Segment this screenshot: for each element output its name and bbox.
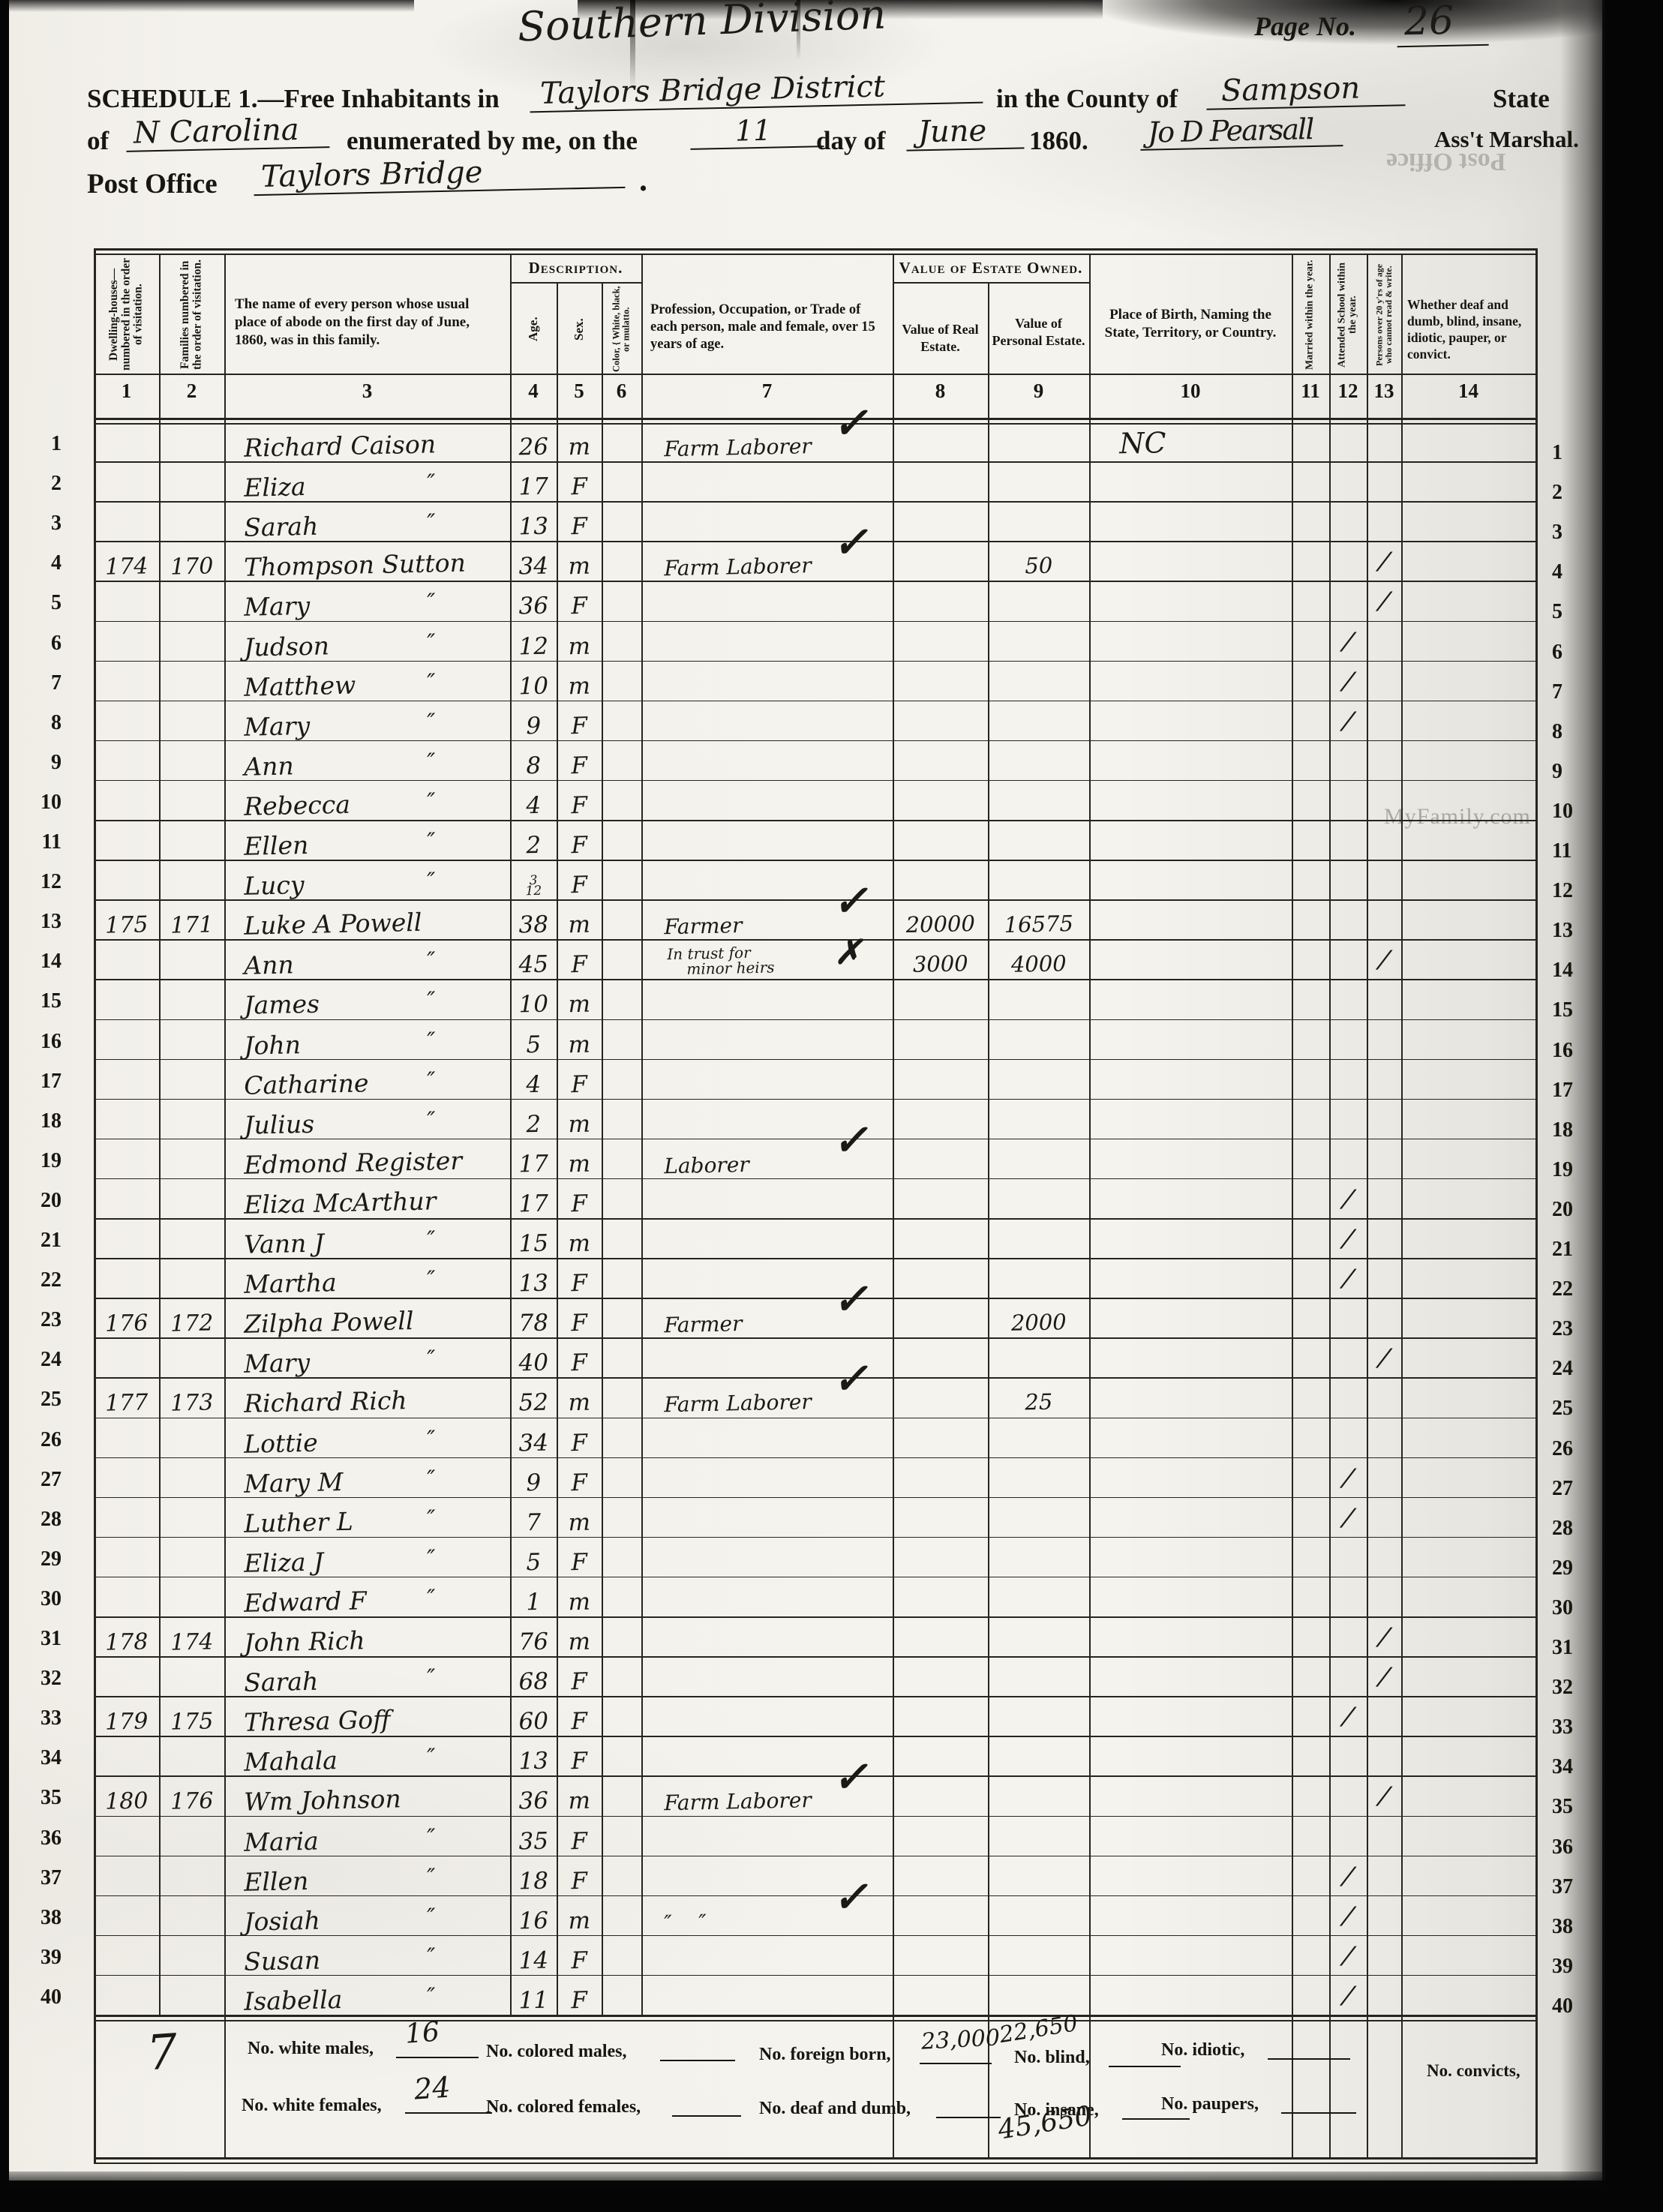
right-margin-row-number: 40 — [1552, 1994, 1604, 2018]
left-margin-row-number: 37 — [14, 1866, 62, 1890]
cell-family-number: 172 — [158, 1294, 224, 1335]
cell-age: 14 — [509, 1931, 557, 1972]
cell-sex: F — [556, 1733, 602, 1773]
cell-name-ditto-mark: ″ — [426, 772, 464, 812]
cell-name-ditto-mark: ″ — [426, 1011, 464, 1052]
column-number-10: 10 — [1089, 380, 1292, 403]
cell-personal-estate-value: 25 — [987, 1372, 1089, 1414]
footer-value-real-total: 23,000 — [920, 2024, 1001, 2054]
edge-right — [1535, 248, 1538, 2164]
cell-age: 2 — [509, 816, 557, 857]
cell-age: 78 — [509, 1295, 557, 1335]
cell-real-estate-value: 20000 — [892, 894, 988, 936]
cell-sex: F — [556, 1055, 602, 1096]
cell-name: Mary — [243, 574, 510, 620]
column-number-1: 1 — [94, 380, 159, 403]
cell-name-ditto-mark: ″ — [426, 653, 464, 693]
column-header-7: Profession, Occupation, or Trade of each… — [650, 302, 884, 353]
left-margin-row-number: 26 — [14, 1428, 62, 1452]
cell-name: Josiah — [243, 1888, 510, 1934]
left-margin-row-number: 14 — [14, 950, 62, 974]
footer-blank-colored-males — [660, 2057, 735, 2061]
right-margin-row-number: 3 — [1552, 521, 1604, 545]
cell-family-number: 170 — [158, 537, 224, 578]
cell-cannot-read-write-tick: ⁄ — [1366, 1331, 1401, 1372]
right-margin-row-number: 17 — [1552, 1079, 1604, 1103]
column-number-5: 5 — [557, 380, 602, 403]
cell-sex: m — [556, 1095, 602, 1136]
cell-age: 18 — [509, 1852, 557, 1892]
cell-personal-estate-value: 2000 — [987, 1292, 1089, 1334]
cell-name: Vann J — [243, 1211, 510, 1256]
cell-attended-school-tick: ⁄ — [1328, 694, 1367, 734]
right-margin-row-number: 35 — [1552, 1795, 1604, 1819]
cell-sex: F — [556, 1414, 602, 1454]
cell-dwelling-number: 178 — [93, 1613, 159, 1654]
cell-family-number: 175 — [158, 1692, 224, 1733]
right-margin-row-number: 36 — [1552, 1835, 1604, 1859]
cell-attended-school-tick: ⁄ — [1328, 1889, 1367, 1929]
myfamily-watermark: MyFamily.com — [1384, 804, 1531, 830]
cell-name: Maria — [243, 1808, 510, 1854]
right-margin-row-number: 18 — [1552, 1118, 1604, 1142]
cell-attended-school-tick: ⁄ — [1328, 1211, 1367, 1252]
schedule-day: 11 — [690, 113, 824, 150]
cell-name-ditto-mark: ″ — [426, 692, 464, 733]
schedule-county: Sampson — [1206, 70, 1406, 110]
right-margin-row-number: 28 — [1552, 1517, 1604, 1541]
cell-name-ditto-mark: ″ — [426, 613, 464, 653]
cell-age: 60 — [509, 1693, 557, 1733]
right-margin-row-number: 30 — [1552, 1596, 1604, 1620]
cell-name-ditto-mark: ″ — [426, 1449, 464, 1490]
cell-name: John Rich — [243, 1609, 510, 1655]
cell-occupation-checkmark: ✓ — [832, 403, 885, 444]
cell-name-ditto-mark: ″ — [426, 1649, 464, 1689]
footer-col-line-10 — [1292, 2015, 1293, 2157]
footer-col-line-13 — [1401, 2015, 1403, 2157]
post-office-period: . — [639, 161, 647, 199]
cell-name: Julius — [243, 1091, 510, 1137]
col-line-13 — [1401, 254, 1403, 2015]
cell-name: Richard Caison — [243, 414, 510, 460]
cell-personal-estate-value: 16575 — [987, 894, 1089, 936]
footer-label-convicts: No. convicts, — [1427, 2061, 1520, 2081]
col-line-7 — [893, 254, 894, 2015]
cell-name: Edmond Register — [243, 1131, 510, 1177]
group-header-estate: Value of Estate Owned. — [893, 258, 1089, 278]
cell-occupation-x-mark: ✗ — [833, 929, 885, 970]
footer-blank-idiotic — [1268, 2055, 1350, 2060]
cell-age: 10 — [509, 976, 557, 1016]
cell-age: 5 — [509, 1533, 557, 1574]
cell-age: 45 — [509, 936, 557, 977]
edge-left — [94, 248, 96, 2164]
footer-label-white-females: No. white females, — [242, 2096, 382, 2116]
right-margin-row-number: 26 — [1552, 1437, 1604, 1461]
left-margin-row-number: 11 — [14, 830, 62, 854]
census-scan-page: Southern Division Page No. 26 SCHEDULE 1… — [0, 0, 1663, 2212]
left-margin-row-number: 5 — [14, 591, 62, 615]
schedule-day-of-label: day of — [816, 126, 885, 156]
column-header-9: Value of Personal Estate. — [991, 315, 1086, 349]
cell-name: Sarah — [243, 1649, 510, 1694]
cell-name-ditto-mark: ″ — [426, 1927, 464, 1967]
right-margin-row-number: 23 — [1552, 1317, 1604, 1341]
left-margin-row-number: 36 — [14, 1826, 62, 1850]
cell-age: 35 — [509, 1812, 557, 1853]
cell-name: Catharine — [243, 1052, 510, 1097]
footer-label-colored-males: No. colored males, — [486, 2042, 627, 2062]
cell-sex: F — [556, 816, 602, 857]
cell-name-ditto-mark: ″ — [426, 573, 464, 614]
cell-age: 13 — [509, 498, 557, 539]
cell-age: 13 — [509, 1254, 557, 1295]
left-margin-row-number: 29 — [14, 1547, 62, 1571]
right-margin-row-number: 9 — [1552, 760, 1604, 784]
cell-sex: m — [556, 657, 602, 698]
right-margin-row-number: 1 — [1552, 441, 1604, 465]
column-header-12: Attended School within the year. — [1331, 256, 1364, 374]
rule-body-end-a — [94, 2015, 1535, 2017]
footer-underline-white-males — [396, 2054, 479, 2058]
cell-sex: m — [556, 617, 602, 658]
cell-name-ditto-mark: ″ — [426, 1568, 464, 1609]
left-margin-row-number: 9 — [14, 751, 62, 775]
cell-sex: F — [556, 1693, 602, 1733]
cell-sex: m — [556, 538, 602, 578]
cell-age: 17 — [509, 458, 557, 498]
cell-name: Thompson Sutton — [243, 534, 510, 580]
cell-sex: F — [556, 737, 602, 777]
cell-sex: F — [556, 498, 602, 539]
col-line-10 — [1292, 254, 1293, 2015]
left-margin-row-number: 16 — [14, 1030, 62, 1054]
left-margin-row-number: 18 — [14, 1109, 62, 1133]
column-header-11: Married within the year. — [1294, 256, 1327, 374]
cell-sex: m — [556, 1214, 602, 1255]
cell-age: 10 — [509, 657, 557, 698]
cell-name: Eliza J — [243, 1529, 510, 1575]
cell-sex: m — [556, 1374, 602, 1415]
cell-name: Mary M — [243, 1450, 510, 1496]
left-margin-row-number: 6 — [14, 632, 62, 656]
footer-label-deaf-dumb: No. deaf and dumb, — [759, 2099, 911, 2119]
right-margin-row-number: 15 — [1552, 998, 1604, 1022]
schedule-month: June — [906, 113, 1025, 151]
column-number-9: 9 — [988, 380, 1089, 403]
cell-family-number: 171 — [158, 896, 224, 937]
group-header-description: Description. — [510, 258, 641, 278]
cell-sex: F — [556, 1334, 602, 1375]
left-margin-row-number: 19 — [14, 1149, 62, 1173]
cell-name-ditto-mark: ″ — [426, 1330, 464, 1370]
cell-cannot-read-write-tick: ⁄ — [1366, 535, 1401, 575]
right-margin-row-number: 37 — [1552, 1875, 1604, 1899]
cell-age: 38 — [509, 896, 557, 937]
right-margin-row-number: 33 — [1552, 1715, 1604, 1739]
right-margin-row-number: 38 — [1552, 1915, 1604, 1939]
cell-sex: m — [556, 1016, 602, 1056]
footer-col-line-9 — [1089, 2015, 1091, 2157]
right-margin-row-number: 10 — [1552, 800, 1604, 824]
column-number-6: 6 — [602, 380, 641, 403]
cell-real-estate-value: 3000 — [892, 934, 988, 976]
right-margin-row-number: 34 — [1552, 1755, 1604, 1779]
cell-sex: F — [556, 1812, 602, 1853]
column-number-4: 4 — [510, 380, 557, 403]
cell-name: Ann — [243, 932, 510, 978]
cell-attended-school-tick: ⁄ — [1328, 1968, 1367, 2009]
cell-age: 1 — [509, 1573, 557, 1613]
rule-estate-group — [893, 282, 1089, 284]
footer-col-line-7 — [893, 2015, 894, 2157]
cell-age: 40 — [509, 1334, 557, 1375]
cell-personal-estate-value: 4000 — [987, 934, 1089, 976]
cell-dwelling-number: 180 — [93, 1772, 159, 1813]
right-margin-row-number: 5 — [1552, 600, 1604, 624]
cell-family-number: 176 — [158, 1772, 224, 1813]
left-margin-row-number: 2 — [14, 472, 62, 496]
page-no-value: 26 — [1396, 0, 1488, 47]
left-margin-row-number: 39 — [14, 1946, 62, 1970]
right-margin-row-number: 32 — [1552, 1676, 1604, 1700]
right-margin-row-number: 31 — [1552, 1636, 1604, 1660]
column-header-3: The name of every person whose usual pla… — [235, 296, 500, 349]
schedule-state: N Carolina — [126, 112, 330, 152]
rule-bottom-a — [94, 2157, 1535, 2159]
schedule-prefix: SCHEDULE 1.—Free Inhabitants in — [87, 84, 500, 114]
cell-age: 34 — [509, 1414, 557, 1454]
cell-attended-school-tick: ⁄ — [1328, 1490, 1367, 1531]
left-margin-row-number: 31 — [14, 1627, 62, 1651]
right-margin-row-number: 7 — [1552, 680, 1604, 704]
cell-age: 26 — [509, 418, 557, 458]
cell-occupation-checkmark: ✓ — [832, 523, 885, 564]
cell-attended-school-tick: ⁄ — [1328, 654, 1367, 695]
schedule-enum-text: enumerated by me, on the — [347, 126, 638, 156]
cell-name: Mary — [243, 1331, 510, 1376]
cell-sex: m — [556, 896, 602, 937]
cell-name-ditto-mark: ″ — [426, 852, 464, 893]
cell-name-ditto-mark: ″ — [426, 1808, 464, 1848]
cell-name: Ellen — [243, 1848, 510, 1894]
left-margin-row-number: 1 — [14, 432, 62, 456]
cell-dwelling-number: 176 — [93, 1294, 159, 1335]
footer-value-white-females: 24 — [413, 2070, 452, 2105]
cell-age: 9 — [509, 697, 557, 737]
cell-name: John — [243, 1012, 510, 1058]
right-margin-row-number: 11 — [1552, 839, 1604, 863]
right-margin-row-number: 8 — [1552, 720, 1604, 744]
cell-occupation-checkmark: ✓ — [832, 1120, 885, 1161]
cell-name: Richard Rich — [243, 1370, 510, 1416]
rule-bottom-b — [94, 2162, 1535, 2164]
left-margin-row-number: 28 — [14, 1508, 62, 1532]
column-header-5: Sex. — [559, 285, 599, 374]
cell-dwelling-number: 175 — [93, 896, 159, 937]
cell-name-ditto-mark: ″ — [426, 1409, 464, 1450]
footer-blank-paupers — [1281, 2109, 1356, 2114]
bleedthrough-post-office: Post Office — [1386, 147, 1506, 176]
cell-sex: m — [556, 1613, 602, 1653]
cell-name: Wm Johnson — [243, 1769, 510, 1814]
left-margin-row-number: 30 — [14, 1587, 62, 1611]
footer-label-foreign-born: No. foreign born, — [759, 2045, 891, 2065]
cell-name: Eliza — [243, 454, 510, 500]
cell-name: Judson — [243, 614, 510, 659]
right-margin-row-number: 14 — [1552, 959, 1604, 983]
cell-name: Thresa Goff — [243, 1688, 510, 1734]
left-margin-row-number: 33 — [14, 1706, 62, 1730]
col-line-11 — [1329, 254, 1331, 2015]
col-line-1 — [159, 254, 161, 2015]
footer-col-line-11 — [1329, 2015, 1331, 2157]
footer-blank-deaf-dumb — [936, 2114, 1001, 2118]
cell-dwelling-number: 174 — [93, 537, 159, 578]
cell-sex: m — [556, 976, 602, 1016]
column-header-6: Color, { White, black, or mulatto. — [604, 285, 639, 374]
right-margin-row-number: 6 — [1552, 641, 1604, 665]
cell-sex: m — [556, 418, 602, 458]
cell-name: Edward F — [243, 1569, 510, 1615]
right-margin-row-number: 16 — [1552, 1039, 1604, 1063]
cell-cannot-read-write-tick: ⁄ — [1366, 1769, 1401, 1810]
left-margin-row-number: 32 — [14, 1667, 62, 1691]
col-line-6 — [641, 254, 643, 2015]
cell-sex: F — [556, 1971, 602, 2012]
cell-name-ditto-mark: ″ — [426, 971, 464, 1012]
column-number-2: 2 — [159, 380, 224, 403]
cell-age: 7 — [509, 1493, 557, 1534]
cell-age: 12 — [509, 617, 557, 658]
cell-name: Ellen — [243, 812, 510, 858]
column-number-14: 14 — [1401, 380, 1535, 403]
cell-name: Rebecca — [243, 773, 510, 818]
cell-sex: F — [556, 856, 602, 896]
cell-name: Mary — [243, 693, 510, 739]
left-margin-row-number: 3 — [14, 512, 62, 536]
cell-sex: F — [556, 1931, 602, 1972]
right-margin-row-number: 13 — [1552, 919, 1604, 943]
cell-cannot-read-write-tick: ⁄ — [1366, 575, 1401, 615]
cell-age: 17 — [509, 1175, 557, 1215]
column-number-12: 12 — [1329, 380, 1367, 403]
cell-sex: F — [556, 458, 602, 498]
cell-sex: F — [556, 1652, 602, 1693]
cell-name-ditto-mark: ″ — [426, 1091, 464, 1131]
right-margin-row-number: 21 — [1552, 1238, 1604, 1262]
cell-attended-school-tick: ⁄ — [1328, 1252, 1367, 1292]
cell-occupation-checkmark: ✓ — [832, 1757, 885, 1799]
cell-sex: m — [556, 1493, 602, 1534]
left-margin-row-number: 17 — [14, 1070, 62, 1094]
right-margin-row-number: 27 — [1552, 1477, 1604, 1501]
column-number-3: 3 — [224, 380, 510, 403]
left-margin-row-number: 10 — [14, 791, 62, 815]
left-margin-row-number: 7 — [14, 671, 62, 695]
column-header-4: Age. — [512, 285, 554, 374]
page-no-label: Page No. — [1254, 11, 1356, 42]
column-header-2: Families numbered in the order of visita… — [161, 256, 222, 374]
cell-cannot-read-write-tick: ⁄ — [1366, 1650, 1401, 1691]
cell-name-ditto-mark: ″ — [426, 812, 464, 852]
column-number-13: 13 — [1367, 380, 1401, 403]
rule-body-end-b — [94, 2020, 1535, 2021]
cell-name: Lucy — [243, 852, 510, 898]
footer-value-tally-mark: 7 — [145, 2024, 179, 2082]
cell-age: 8 — [509, 737, 557, 777]
left-margin-row-number: 22 — [14, 1268, 62, 1292]
cell-age: 76 — [509, 1613, 557, 1653]
cell-name-ditto-mark: ″ — [426, 1529, 464, 1569]
column-header-10: Place of Birth, Naming the State, Territ… — [1095, 306, 1286, 342]
rule-desc-group — [510, 282, 641, 284]
cell-name: Mahala — [243, 1729, 510, 1775]
left-margin-row-number: 38 — [14, 1906, 62, 1930]
cell-dwelling-number: 179 — [93, 1692, 159, 1733]
cell-age: 312 — [509, 856, 557, 896]
left-margin-row-number: 21 — [14, 1229, 62, 1253]
footer-blank-blind — [1109, 2063, 1181, 2067]
cell-sex: F — [556, 936, 602, 977]
footer-label-idiotic: No. idiotic, — [1161, 2040, 1244, 2060]
cell-age: 4 — [509, 776, 557, 817]
cell-age: 17 — [509, 1135, 557, 1175]
cell-sex: m — [556, 1772, 602, 1813]
footer-label-paupers: No. paupers, — [1161, 2094, 1259, 2114]
footer-label-blind: No. blind, — [1014, 2048, 1090, 2068]
cell-name-ditto-mark: ″ — [426, 932, 464, 972]
right-margin-row-number: 24 — [1552, 1357, 1604, 1381]
cell-age: 15 — [509, 1214, 557, 1255]
schedule-county-label: in the County of — [996, 84, 1178, 114]
left-margin-row-number: 34 — [14, 1746, 62, 1770]
cell-name: Zilpha Powell — [243, 1290, 510, 1336]
cell-name-ditto-mark: ″ — [426, 1847, 464, 1888]
footer-label-white-males: No. white males, — [248, 2039, 374, 2059]
column-number-11: 11 — [1292, 380, 1329, 403]
footer-value-white-males: 16 — [404, 2016, 441, 2049]
cell-sex: F — [556, 1175, 602, 1215]
left-margin-row-number: 20 — [14, 1189, 62, 1213]
rule-top-b — [94, 254, 1535, 255]
left-margin-row-number: 23 — [14, 1308, 62, 1332]
cell-age: 68 — [509, 1652, 557, 1693]
cell-name-ditto-mark: ″ — [426, 454, 464, 494]
cell-attended-school-tick: ⁄ — [1328, 1928, 1367, 1969]
cell-age: 2 — [509, 1095, 557, 1136]
right-margin-row-number: 19 — [1552, 1158, 1604, 1182]
right-margin-row-number: 2 — [1552, 481, 1604, 505]
right-margin-row-number: 22 — [1552, 1277, 1604, 1301]
cell-name-ditto-mark: ″ — [426, 1489, 464, 1529]
cell-name: Matthew — [243, 653, 510, 699]
cell-dwelling-number: 177 — [93, 1373, 159, 1415]
right-margin-row-number: 12 — [1552, 879, 1604, 903]
cell-sex: F — [556, 1454, 602, 1494]
right-margin-row-number: 25 — [1552, 1397, 1604, 1421]
cell-age: 9 — [509, 1454, 557, 1494]
right-margin-row-number: 4 — [1552, 560, 1604, 584]
cell-sex: F — [556, 776, 602, 817]
col-line-12 — [1367, 254, 1368, 2015]
cell-sex: F — [556, 1852, 602, 1892]
cell-sex: F — [556, 1295, 602, 1335]
cell-sex: F — [556, 697, 602, 737]
cell-name: Susan — [243, 1928, 510, 1973]
cell-name: James — [243, 972, 510, 1018]
